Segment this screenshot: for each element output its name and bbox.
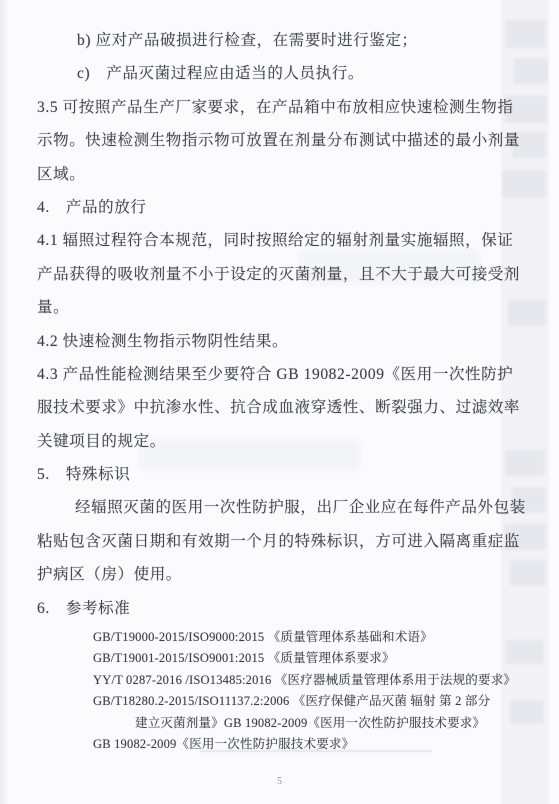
reference-list: GB/T19000-2015/ISO9000:2015 《质量管理体系基础和术语… — [93, 627, 533, 755]
page-number: 5 — [0, 776, 559, 787]
document-page: b) 应对产品破损进行检查，在需要时进行鉴定；c) 产品灭菌过程应由适当的人员执… — [0, 0, 559, 804]
text-line: 区域。 — [37, 158, 527, 191]
text-line: 4.3 产品性能检测结果至少要符合 GB 19082-2009《医用一次性防护 — [37, 358, 527, 391]
reference-line: GB/T18280.2-2015/ISO11137.2:2006 《医疗保健产品… — [93, 691, 533, 712]
text-line: b) 应对产品破损进行检查，在需要时进行鉴定； — [37, 24, 527, 57]
text-line: 量。 — [37, 291, 527, 324]
reference-line: GB 19082-2009《医用一次性防护服技术要求》 — [93, 734, 533, 755]
text-line: c) 产品灭菌过程应由适当的人员执行。 — [37, 57, 527, 90]
text-line: 4.1 辐照过程符合本规范，同时按照给定的辐射剂量实施辐照，保证 — [37, 224, 527, 257]
text-line: 6. 参考标准 — [37, 592, 527, 625]
reference-line: GB/T19000-2015/ISO9000:2015 《质量管理体系基础和术语… — [93, 627, 533, 648]
text-line: 4. 产品的放行 — [37, 191, 527, 224]
text-line: 粘贴包含灭菌日期和有效期一个月的特殊标识，方可进入隔离重症监 — [37, 525, 527, 558]
text-line: 护病区（房）使用。 — [37, 558, 527, 591]
text-line: 4.2 快速检测生物指示物阴性结果。 — [37, 325, 527, 358]
text-line: 3.5 可按照产品生产厂家要求，在产品箱中布放相应快速检测生物指 — [37, 91, 527, 124]
scan-shadow-left — [0, 0, 9, 804]
text-line: 5. 特殊标识 — [37, 458, 527, 491]
reference-line: 建立灭菌剂量》GB 19082-2009《医用一次性防护服技术要求》 — [93, 713, 533, 734]
text-line: 服技术要求》中抗渗水性、抗合成血液穿透性、断裂强力、过滤效率 — [37, 391, 527, 424]
text-line: 产品获得的吸收剂量不小于设定的灭菌剂量，且不大于最大可接受剂 — [37, 258, 527, 291]
page-body: b) 应对产品破损进行检查，在需要时进行鉴定；c) 产品灭菌过程应由适当的人员执… — [37, 24, 527, 625]
text-line: 示物。快速检测生物指示物可放置在剂量分布测试中描述的最小剂量 — [37, 124, 527, 157]
text-line: 经辐照灭菌的医用一次性防护服，出厂企业应在每件产品外包装 — [37, 491, 527, 524]
reference-line: GB/T19001-2015/ISO9001:2015 《质量管理体系要求》 — [93, 648, 533, 669]
reference-line: YY/T 0287-2016 /ISO13485:2016 《医疗器械质量管理体… — [93, 670, 533, 691]
text-line: 关键项目的规定。 — [37, 425, 527, 458]
